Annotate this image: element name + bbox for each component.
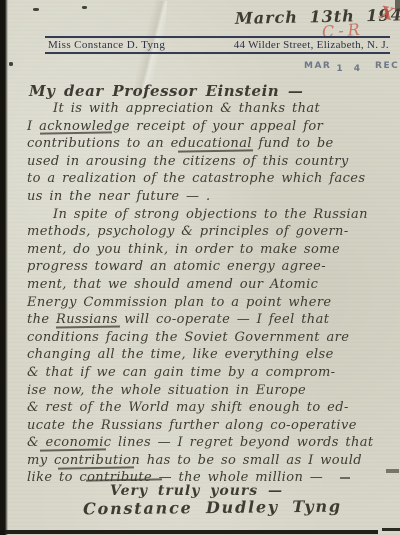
signature: Constance Dudley Tyng [83, 497, 342, 519]
body-line: & rest of the World may shift enough to … [27, 399, 393, 417]
body-line: It is with appreciation & thanks that [27, 100, 393, 118]
body-line: methods, psychology & principles of gove… [27, 223, 393, 241]
letter-body: It is with appreciation & thanks that I … [27, 100, 393, 487]
ink-speck [33, 8, 39, 11]
received-stamp-month: MAR [304, 61, 331, 71]
body-line: changing all the time, like everything e… [27, 346, 393, 364]
scan-edge-bottom [5, 530, 378, 534]
body-line: Energy Commission plan to a point where [27, 294, 393, 312]
body-line: ucate the Russians further along co-oper… [27, 417, 393, 435]
scan-edge-bottom-right [382, 528, 400, 531]
scanned-letter-page: March 13th 1947 X C-R Miss Constance D. … [0, 0, 400, 535]
letterhead-rule-top [45, 36, 390, 38]
received-stamp-day: 1 4 [336, 64, 364, 74]
letterhead-name: Miss Constance D. Tyng [48, 39, 165, 51]
scan-edge-left [0, 0, 8, 535]
ink-speck [82, 6, 87, 9]
body-line: used in arousing the citizens of this co… [27, 153, 393, 171]
received-stamp-label: RECD [375, 61, 400, 71]
letterhead-address: 44 Wilder Street, Elizabeth, N. J. [234, 39, 389, 51]
body-line: progress toward an atomic energy agree- [27, 258, 393, 276]
received-stamp: MAR1 4RECD [304, 61, 400, 71]
letterhead-rule-bottom [45, 52, 390, 54]
body-line: In spite of strong objections to the Rus… [27, 206, 393, 224]
body-line: conditions facing the Soviet Government … [27, 329, 393, 347]
body-line: ise now, the whole situation in Europe [27, 382, 393, 400]
body-line: & that if we can gain time by a comprom- [27, 364, 393, 382]
handwritten-date: March 13th 1947 [235, 5, 400, 28]
ink-speck [9, 62, 13, 66]
body-line: to a realization of the catastrophe whic… [27, 170, 393, 188]
salutation: My dear Professor Einstein — [29, 82, 303, 100]
body-line: us in the near future — . [27, 188, 393, 206]
body-line: ment, do you think, in order to make som… [27, 241, 393, 259]
body-line: ment, that we should amend our Atomic [27, 276, 393, 294]
